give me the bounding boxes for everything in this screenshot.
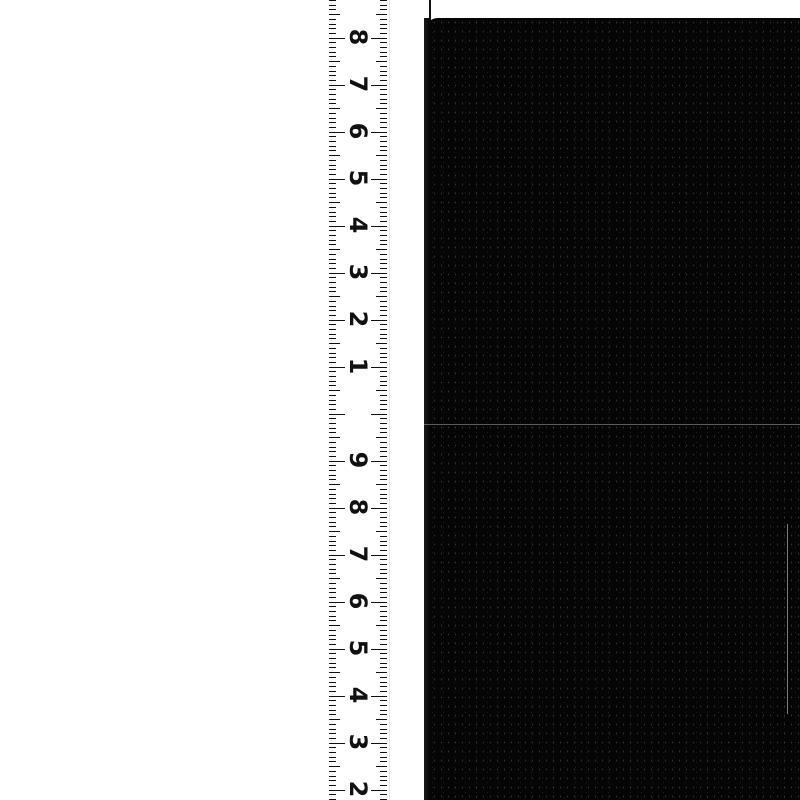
ruler-tick — [329, 47, 336, 48]
ruler-tick — [380, 785, 387, 786]
ruler-tick — [329, 240, 336, 241]
ruler-number: 2 — [346, 775, 370, 800]
ruler-tick — [329, 385, 336, 386]
ruler-tick — [329, 19, 336, 20]
ruler-tick — [329, 230, 336, 231]
ruler-tick — [380, 494, 387, 495]
ruler-tick — [329, 52, 336, 53]
ruler-tick — [380, 729, 387, 730]
ruler-tick — [380, 230, 387, 231]
cover-inner-line — [787, 524, 788, 714]
ruler-tick — [329, 254, 336, 255]
ruler-tick — [380, 653, 387, 654]
ruler-tick — [329, 24, 336, 25]
ruler-tick — [329, 658, 336, 659]
ruler-tick — [380, 447, 387, 448]
ruler-tick — [329, 9, 336, 10]
ruler-tick — [329, 663, 336, 664]
ruler-tick — [380, 400, 387, 401]
ruler-tick — [380, 512, 387, 513]
ruler-tick — [380, 56, 387, 57]
ruler-tick — [329, 353, 336, 354]
ruler-tick — [380, 606, 387, 607]
ruler-tick — [380, 705, 387, 706]
ruler-tick — [329, 291, 336, 292]
ruler-tick — [380, 700, 387, 701]
ruler-tick — [329, 691, 336, 692]
ruler-tick — [380, 616, 387, 617]
ruler-tick — [329, 282, 336, 283]
ruler-tick — [329, 381, 336, 382]
ruler-tick — [380, 193, 387, 194]
ruler-tick — [329, 559, 336, 560]
ruler-tick — [380, 714, 387, 715]
ruler-tick — [329, 794, 336, 795]
ruler-tick — [380, 559, 387, 560]
ruler-tick — [380, 620, 387, 621]
ruler-tick — [371, 226, 387, 227]
ruler-tick — [329, 400, 336, 401]
ruler-tick — [380, 747, 387, 748]
ruler-tick — [380, 216, 387, 217]
ruler-tick — [380, 381, 387, 382]
ruler-tick — [376, 202, 387, 203]
ruler-tick — [380, 235, 387, 236]
ruler-tick — [329, 710, 336, 711]
ruler-tick — [376, 296, 387, 297]
ruler-tick — [380, 146, 387, 147]
ruler-tick — [329, 611, 336, 612]
ruler-tick — [380, 658, 387, 659]
ruler-tick — [329, 362, 336, 363]
ruler-tick — [329, 160, 336, 161]
ruler-tick — [329, 334, 336, 335]
ruler-tick — [380, 277, 387, 278]
ruler-tick — [376, 625, 387, 626]
ruler-tick — [329, 132, 345, 133]
ruler-tick — [329, 174, 336, 175]
ruler-tick — [380, 592, 387, 593]
ruler-tick — [329, 569, 336, 570]
ruler-tick — [329, 578, 340, 579]
ruler-tick — [329, 447, 336, 448]
ruler-tick — [329, 169, 336, 170]
ruler-tick — [329, 583, 336, 584]
ruler-tick — [380, 75, 387, 76]
ruler-number: 2 — [346, 305, 370, 333]
ruler-tick — [380, 630, 387, 631]
ruler-tick — [376, 14, 387, 15]
ruler-tick — [380, 263, 387, 264]
ruler-number: 9 — [346, 446, 370, 474]
ruler-tick — [380, 324, 387, 325]
ruler-tick — [329, 484, 340, 485]
ruler-tick — [380, 362, 387, 363]
ruler-tick — [371, 367, 387, 368]
ruler-tick — [380, 42, 387, 43]
ruler-tick — [376, 437, 387, 438]
ruler-tick — [380, 188, 387, 189]
ruler-tick — [329, 127, 336, 128]
ruler-tick — [329, 729, 336, 730]
ruler-tick — [380, 564, 387, 565]
ruler-tick — [380, 771, 387, 772]
ruler-tick — [329, 555, 345, 556]
ruler-tick — [329, 423, 336, 424]
ruler-tick — [329, 780, 336, 781]
ruler-tick — [329, 197, 336, 198]
ruler-tick — [380, 99, 387, 100]
ruler-tick — [329, 719, 340, 720]
ruler-tick — [380, 635, 387, 636]
ruler-tick — [329, 202, 340, 203]
ruler-tick — [329, 573, 336, 574]
ruler-tick — [329, 724, 336, 725]
ruler-tick — [380, 691, 387, 692]
ruler-tick — [380, 174, 387, 175]
ruler-number: 4 — [346, 211, 370, 239]
ruler-tick — [376, 61, 387, 62]
ruler-tick — [329, 371, 336, 372]
ruler-tick — [380, 334, 387, 335]
ruler-tick — [380, 738, 387, 739]
ruler-tick — [371, 132, 387, 133]
ruler-number: 4 — [346, 681, 370, 709]
ruler-tick — [329, 146, 336, 147]
ruler-tick — [329, 5, 336, 6]
ruler-tick — [376, 578, 387, 579]
ruler-tick — [380, 470, 387, 471]
ruler-tick — [329, 85, 345, 86]
ruler-tick — [380, 588, 387, 589]
ruler-tick — [329, 395, 336, 396]
cover-crease-line — [424, 424, 800, 425]
ruler-tick — [329, 216, 336, 217]
ruler-tick — [329, 588, 336, 589]
ruler-tick — [329, 80, 336, 81]
ruler-tick — [329, 193, 336, 194]
ruler-tick — [376, 484, 387, 485]
ruler-number: 6 — [346, 117, 370, 145]
ruler-tick — [329, 432, 336, 433]
ruler-tick — [371, 602, 387, 603]
ruler-tick — [329, 71, 336, 72]
ruler-tick — [380, 639, 387, 640]
ruler-tick — [380, 517, 387, 518]
ruler-tick — [329, 465, 336, 466]
ruler-tick — [329, 541, 336, 542]
ruler-tick — [380, 103, 387, 104]
ruler-tick — [376, 155, 387, 156]
ruler-tick — [371, 85, 387, 86]
ruler-tick — [380, 301, 387, 302]
ruler-tick — [380, 376, 387, 377]
ruler-tick — [329, 672, 340, 673]
ruler-tick — [380, 66, 387, 67]
ruler-tick — [380, 136, 387, 137]
ruler-tick — [329, 620, 336, 621]
ruler-tick — [329, 776, 336, 777]
ruler-tick — [329, 630, 336, 631]
ruler-tick — [380, 498, 387, 499]
ruler-tick — [329, 686, 336, 687]
ruler-tick — [329, 503, 336, 504]
ruler-number: 7 — [346, 540, 370, 568]
ruler-tick — [380, 183, 387, 184]
ruler-tick — [329, 376, 336, 377]
ruler-tick — [380, 418, 387, 419]
ruler-tick — [380, 404, 387, 405]
ruler-tick — [380, 165, 387, 166]
ruler-tick — [329, 649, 345, 650]
ruler-tick — [376, 672, 387, 673]
ruler-tick — [329, 89, 336, 90]
ruler-number: 8 — [346, 23, 370, 51]
cover-spine-edge — [424, 18, 430, 800]
ruler-tick — [329, 456, 336, 457]
ruler-number: 7 — [346, 70, 370, 98]
ruler-tick — [380, 479, 387, 480]
ruler-tick — [380, 310, 387, 311]
ruler-tick — [371, 38, 387, 39]
ruler-tick — [329, 747, 336, 748]
ruler-tick — [329, 94, 336, 95]
ruler-tick — [329, 616, 336, 617]
ruler-tick — [380, 240, 387, 241]
ruler-tick — [329, 508, 345, 509]
ruler-tick — [329, 338, 336, 339]
ruler-tick — [380, 526, 387, 527]
ruler-tick — [329, 310, 336, 311]
ruler-number: 3 — [346, 258, 370, 286]
ruler-tick — [329, 677, 336, 678]
ruler-tick — [329, 277, 336, 278]
ruler-tick — [371, 743, 387, 744]
ruler-tick — [380, 442, 387, 443]
ruler-tick — [329, 479, 336, 480]
ruler-tick — [329, 564, 336, 565]
ruler-tick — [329, 320, 345, 321]
ruler-tick — [329, 602, 345, 603]
ruler-tick — [380, 24, 387, 25]
ruler-tick — [380, 338, 387, 339]
ruler-tick — [329, 757, 336, 758]
ruler-tick — [329, 179, 345, 180]
ruler-tick — [329, 259, 336, 260]
ruler-tick — [329, 188, 336, 189]
ruler-tick — [380, 541, 387, 542]
ruler-tick — [380, 89, 387, 90]
ruler-tick — [380, 451, 387, 452]
ruler-tick — [380, 5, 387, 6]
ruler-tick — [329, 315, 336, 316]
ruler-tick — [329, 14, 340, 15]
ruler-tick — [329, 244, 336, 245]
ruler-tick — [371, 696, 387, 697]
ruler-tick — [329, 226, 345, 227]
ruler-number: 1 — [346, 352, 370, 380]
ruler-tick — [371, 649, 387, 650]
ruler-tick — [329, 155, 340, 156]
ruler-tick — [376, 766, 387, 767]
ruler-tick — [380, 207, 387, 208]
ruler-tick — [380, 432, 387, 433]
ruler-tick — [380, 315, 387, 316]
ruler-tick — [380, 465, 387, 466]
ruler-tick — [329, 475, 336, 476]
ruler-tick — [329, 268, 336, 269]
ruler-tick — [329, 761, 336, 762]
ruler-tick — [329, 75, 336, 76]
ruler-tick — [380, 733, 387, 734]
ruler-tick — [329, 785, 336, 786]
ruler-tick — [380, 597, 387, 598]
ruler-number: 5 — [346, 634, 370, 662]
ruler-tick — [380, 724, 387, 725]
ruler-tick — [329, 498, 336, 499]
ruler-tick — [329, 0, 336, 1]
ruler-tick — [329, 517, 336, 518]
ruler-tick — [380, 667, 387, 668]
ruler-tick — [329, 113, 336, 114]
ruler-tick — [371, 508, 387, 509]
ruler-tick — [380, 9, 387, 10]
ruler-tick — [329, 56, 336, 57]
ruler-number: 5 — [346, 164, 370, 192]
ruler-tick — [380, 259, 387, 260]
ruler-tick — [380, 489, 387, 490]
ruler-tick — [329, 597, 336, 598]
ruler-tick — [329, 606, 336, 607]
ruler-tick — [329, 390, 340, 391]
ruler-tick — [329, 714, 336, 715]
ruler-tick — [371, 461, 387, 462]
ruler-tick — [329, 526, 336, 527]
ruler-tick — [329, 733, 336, 734]
ruler-tick — [380, 353, 387, 354]
ruler-tick — [329, 536, 336, 537]
ruler-tick — [380, 385, 387, 386]
ruler-tick — [380, 71, 387, 72]
ruler-tick — [380, 33, 387, 34]
ruler-tick — [329, 301, 336, 302]
ruler-tick — [380, 357, 387, 358]
ruler-tick — [329, 150, 336, 151]
ruler-tick — [380, 221, 387, 222]
ruler-tick — [380, 141, 387, 142]
ruler-tick — [329, 451, 336, 452]
ruler-tick — [329, 752, 336, 753]
ruler-tick — [380, 761, 387, 762]
ruler-tick — [329, 437, 340, 438]
ruler-tick — [329, 696, 345, 697]
ruler-tick — [380, 583, 387, 584]
ruler-tick — [329, 343, 340, 344]
ruler-tick — [329, 165, 336, 166]
ruler-tick — [329, 66, 336, 67]
ruler-tick — [329, 489, 336, 490]
ruler-tick — [329, 409, 336, 410]
ruler-tick — [329, 550, 336, 551]
ruler-tick — [380, 677, 387, 678]
ruler-tick — [380, 306, 387, 307]
ruler-tick — [380, 212, 387, 213]
ruler-tick — [329, 61, 340, 62]
ruler-tick — [329, 28, 336, 29]
ruler-tick — [371, 273, 387, 274]
ruler-tick — [329, 682, 336, 683]
ruler-tick — [376, 531, 387, 532]
ruler-tick — [380, 244, 387, 245]
ruler-tick — [380, 663, 387, 664]
ruler-tick — [380, 536, 387, 537]
ruler-tick — [380, 371, 387, 372]
ruler-tick — [380, 348, 387, 349]
ruler-tick — [329, 625, 340, 626]
dark-book-cover — [424, 18, 800, 800]
ruler-tick — [329, 667, 336, 668]
ruler-tick — [376, 108, 387, 109]
ruler-tick — [380, 573, 387, 574]
ruler-tick — [329, 306, 336, 307]
ruler-tick — [376, 719, 387, 720]
ruler-tick — [329, 428, 336, 429]
ruler-tick — [329, 42, 336, 43]
ruler-tick — [329, 33, 336, 34]
ruler-tick — [380, 268, 387, 269]
ruler-tick — [371, 320, 387, 321]
ruler-tick — [329, 207, 336, 208]
ruler-tick — [329, 418, 336, 419]
ruler-tick — [380, 80, 387, 81]
ruler-tick — [380, 94, 387, 95]
ruler-tick — [329, 221, 336, 222]
ruler-tick — [329, 653, 336, 654]
measuring-ruler: 8765432198765432 — [327, 0, 390, 800]
ruler-tick — [329, 212, 336, 213]
ruler-tick — [376, 343, 387, 344]
ruler-tick — [329, 103, 336, 104]
ruler-tick — [329, 545, 336, 546]
ruler-number: 3 — [346, 728, 370, 756]
ruler-tick — [380, 291, 387, 292]
ruler-tick — [329, 522, 336, 523]
ruler-tick — [380, 0, 387, 1]
ruler-tick — [329, 108, 340, 109]
ruler-tick — [371, 790, 387, 791]
ruler-tick — [380, 545, 387, 546]
ruler-tick — [329, 404, 336, 405]
ruler-tick — [329, 38, 345, 39]
ruler-tick — [329, 141, 336, 142]
ruler-tick — [329, 324, 336, 325]
ruler-tick — [329, 263, 336, 264]
ruler-tick — [380, 395, 387, 396]
ruler-tick — [329, 592, 336, 593]
ruler-tick — [371, 179, 387, 180]
ruler-tick — [329, 273, 345, 274]
ruler-tick — [376, 249, 387, 250]
ruler-tick — [329, 414, 345, 415]
ruler-tick — [371, 555, 387, 556]
ruler-tick — [380, 644, 387, 645]
ruler-tick — [329, 644, 336, 645]
ruler-tick — [380, 456, 387, 457]
ruler-tick — [376, 390, 387, 391]
ruler-tick — [329, 442, 336, 443]
ruler-tick — [380, 686, 387, 687]
ruler-tick — [380, 503, 387, 504]
